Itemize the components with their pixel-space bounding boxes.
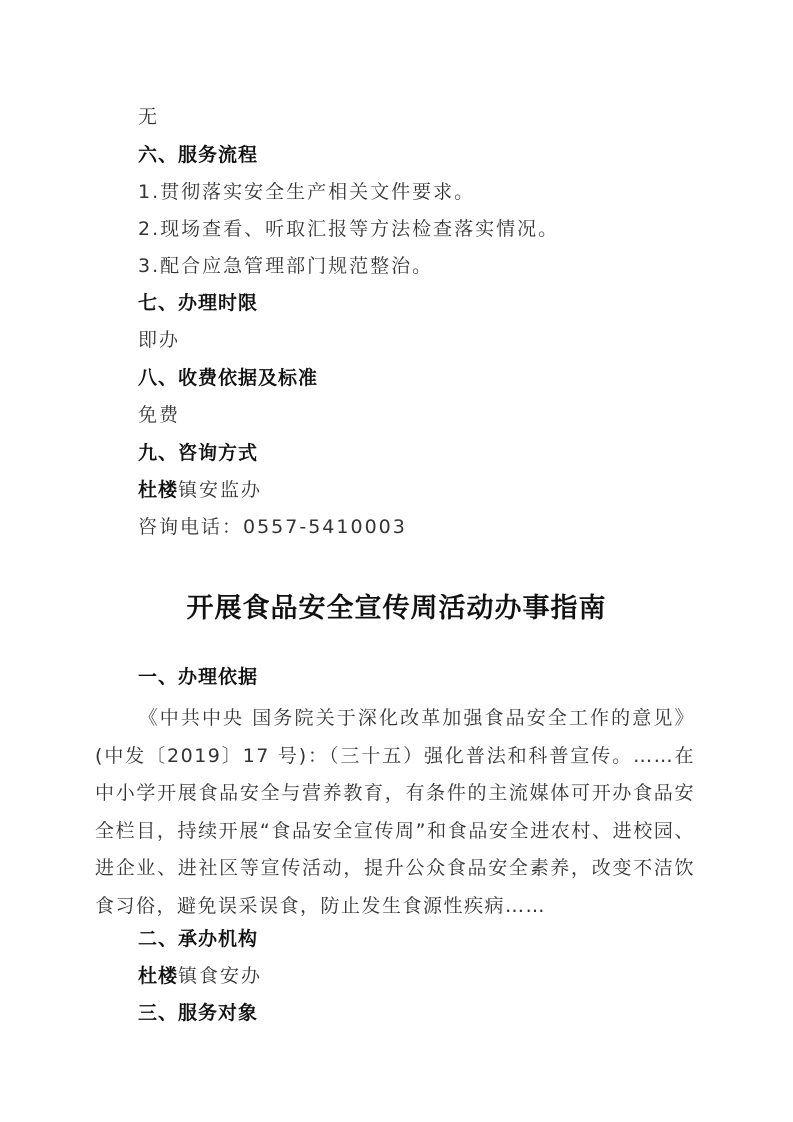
consult-org: 杜楼镇安监办: [138, 478, 262, 502]
paragraph-text: 《中共中央 国务院关于深化改革加强食品安全工作的意见》(中发〔2019〕17 号…: [95, 707, 695, 917]
consult-phone: 咨询电话：0557-5410003: [138, 515, 407, 539]
org-name-rest: 镇食安办: [178, 965, 262, 987]
guide2-s2-heading: 二、承办机构: [138, 927, 258, 951]
section8-heading: 八、收费依据及标准: [138, 366, 318, 390]
org-name-bold: 杜楼: [138, 965, 178, 987]
guide2-s2-org: 杜楼镇食安办: [138, 964, 262, 988]
service-step-3: 3.配合应急管理部门规范整治。: [138, 254, 433, 278]
document-title: 开展食品安全宣传周活动办事指南: [0, 586, 793, 625]
section8-value: 免费: [138, 403, 180, 427]
section5-value: 无: [138, 105, 159, 129]
org-name-bold: 杜楼: [138, 479, 178, 501]
guide2-s1-paragraph: 《中共中央 国务院关于深化改革加强食品安全工作的意见》(中发〔2019〕17 号…: [95, 700, 695, 925]
org-name-rest: 镇安监办: [178, 479, 262, 501]
section7-heading: 七、办理时限: [138, 291, 258, 315]
section9-heading: 九、咨询方式: [138, 441, 258, 465]
guide2-s1-heading: 一、办理依据: [138, 665, 258, 689]
section6-heading: 六、服务流程: [138, 143, 258, 167]
guide2-s3-heading: 三、服务对象: [138, 1001, 258, 1025]
service-step-2: 2.现场查看、听取汇报等方法检查落实情况。: [138, 217, 559, 241]
service-step-1: 1.贯彻落实安全生产相关文件要求。: [138, 180, 475, 204]
section7-value: 即办: [138, 328, 180, 352]
